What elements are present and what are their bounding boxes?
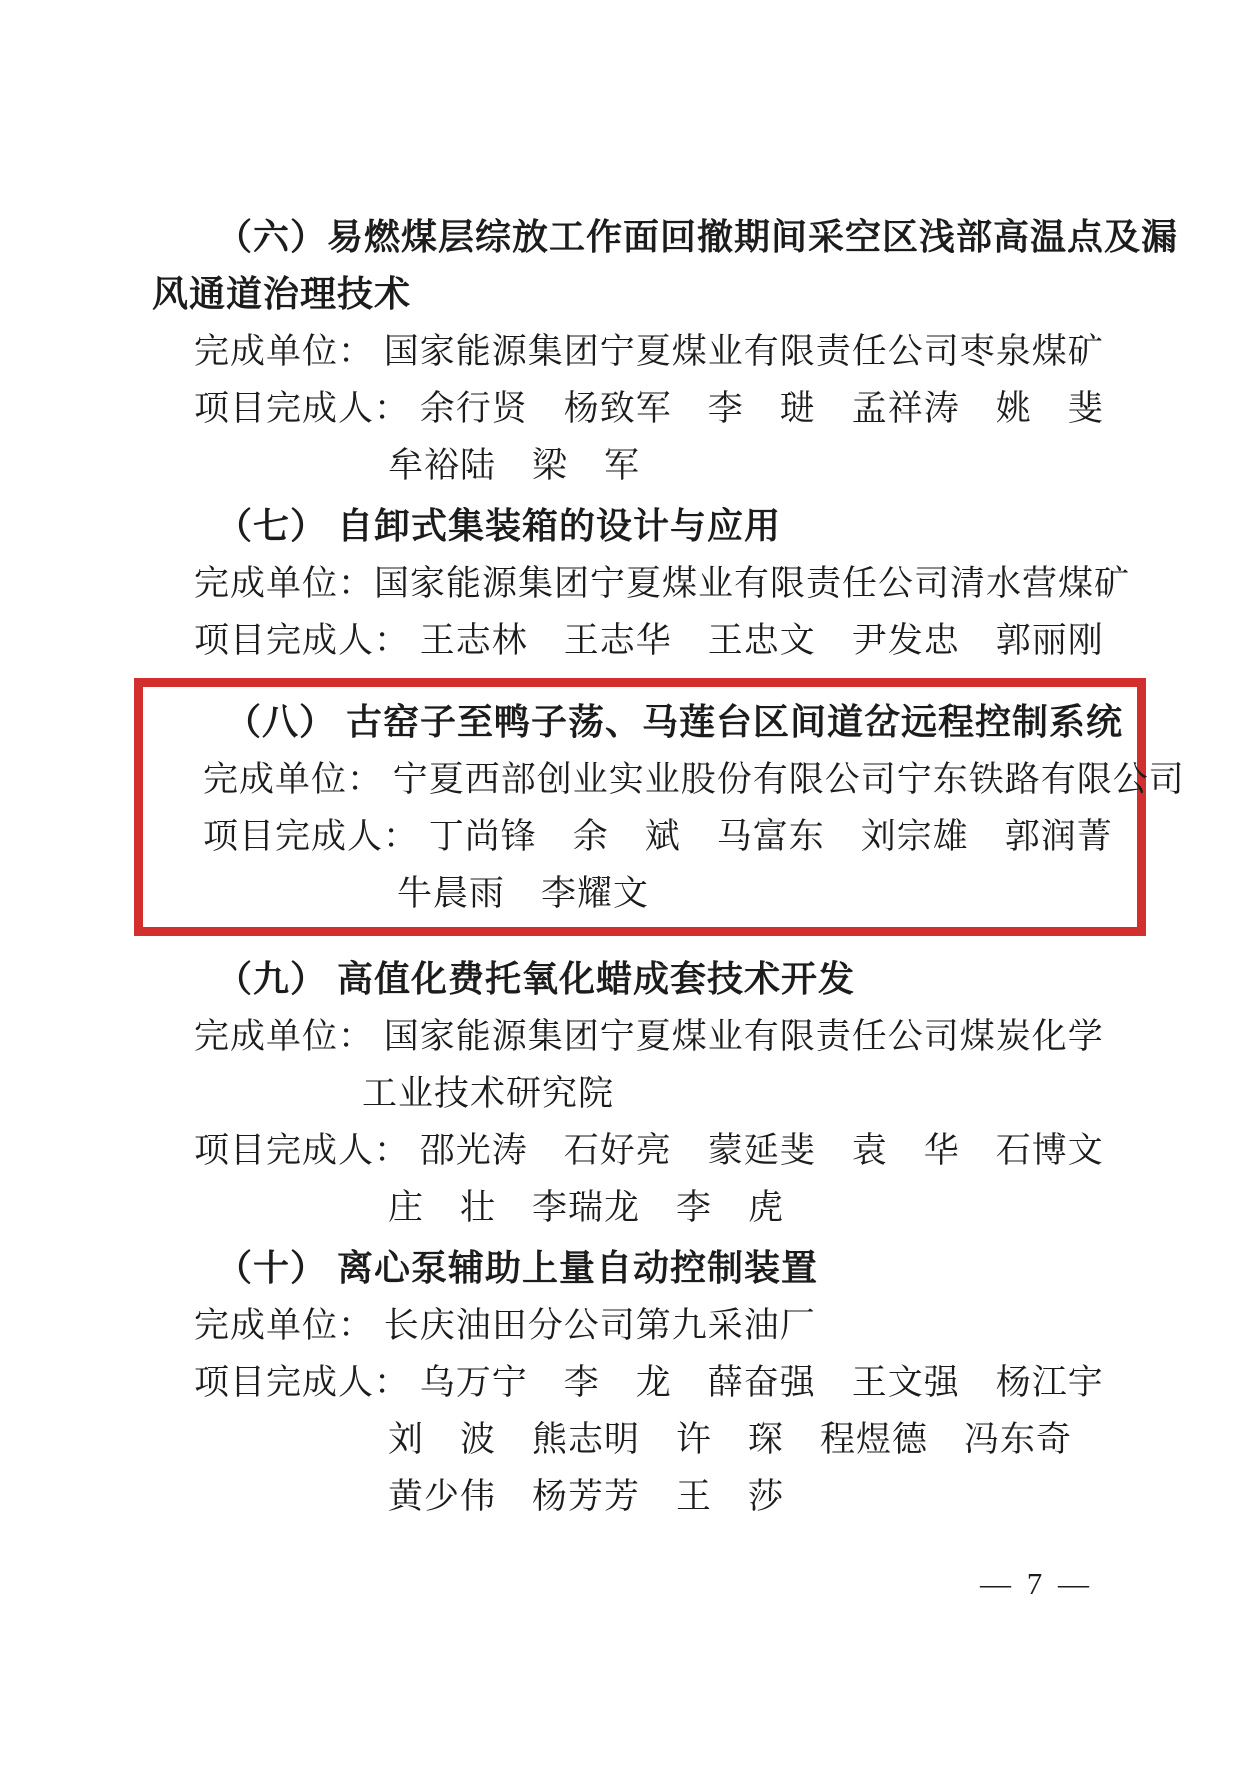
section-9: （九） 高值化费托氧化蜡成套技术开发 完成单位： 国家能源集团宁夏煤业有限责任公… [152,948,1114,1233]
section-9-team-line-1: 项目完成人： 邵光涛 石好亮 蒙延斐 袁 华 石博文 [152,1119,1114,1176]
section-6-unit: 完成单位： 国家能源集团宁夏煤业有限责任公司枣泉煤矿 [152,320,1114,377]
section-7-team: 项目完成人： 王志林 王志华 王忠文 尹发忠 郭丽刚 [152,609,1114,666]
section-8-team-line-1: 项目完成人： 丁尚锋 余 斌 马富东 刘宗雄 郭润菁 [161,805,1137,862]
section-8-unit: 完成单位： 宁夏西部创业实业股份有限公司宁东铁路有限公司 [161,748,1137,805]
section-6-title-line-1: （六）易燃煤层综放工作面回撤期间采空区浅部高温点及漏 [152,206,1114,263]
section-10-team-line-2: 刘 波 熊志明 许 琛 程煜德 冯东奇 [152,1408,1114,1465]
section-7: （七） 自卸式集装箱的设计与应用 完成单位：国家能源集团宁夏煤业有限责任公司清水… [152,495,1114,666]
section-8: （八） 古窑子至鸭子荡、马莲台区间道岔远程控制系统 完成单位： 宁夏西部创业实业… [161,691,1137,919]
section-6-team-line-1: 项目完成人： 余行贤 杨致军 李 琎 孟祥涛 姚 斐 [152,377,1114,434]
section-8-title: （八） 古窑子至鸭子荡、马莲台区间道岔远程控制系统 [161,691,1137,748]
section-7-title: （七） 自卸式集装箱的设计与应用 [152,495,1114,552]
section-10-team-line-1: 项目完成人： 乌万宁 李 龙 薛奋强 王文强 杨江宇 [152,1351,1114,1408]
section-10-title: （十） 离心泵辅助上量自动控制装置 [152,1237,1114,1294]
section-6: （六）易燃煤层综放工作面回撤期间采空区浅部高温点及漏 风通道治理技术 完成单位：… [152,206,1114,491]
section-9-unit-line-2: 工业技术研究院 [152,1062,1114,1119]
section-7-unit: 完成单位：国家能源集团宁夏煤业有限责任公司清水营煤矿 [152,552,1114,609]
section-10-team-line-3: 黄少伟 杨芳芳 王 莎 [152,1465,1114,1522]
section-9-team-line-2: 庄 壮 李瑞龙 李 虎 [152,1176,1114,1233]
highlight-box: （八） 古窑子至鸭子荡、马莲台区间道岔远程控制系统 完成单位： 宁夏西部创业实业… [134,678,1146,936]
section-9-title: （九） 高值化费托氧化蜡成套技术开发 [152,948,1114,1005]
section-10: （十） 离心泵辅助上量自动控制装置 完成单位： 长庆油田分公司第九采油厂 项目完… [152,1237,1114,1522]
section-9-unit-line-1: 完成单位： 国家能源集团宁夏煤业有限责任公司煤炭化学 [152,1005,1114,1062]
section-6-title-line-2: 风通道治理技术 [152,263,1114,320]
document-page: （六）易燃煤层综放工作面回撤期间采空区浅部高温点及漏 风通道治理技术 完成单位：… [0,0,1251,1768]
section-8-team-line-2: 牛晨雨 李耀文 [161,862,1137,919]
document-body: （六）易燃煤层综放工作面回撤期间采空区浅部高温点及漏 风通道治理技术 完成单位：… [152,206,1114,1526]
section-6-team-line-2: 牟裕陆 梁 军 [152,434,1114,491]
page-number: — 7 — [980,1566,1093,1602]
section-10-unit: 完成单位： 长庆油田分公司第九采油厂 [152,1294,1114,1351]
